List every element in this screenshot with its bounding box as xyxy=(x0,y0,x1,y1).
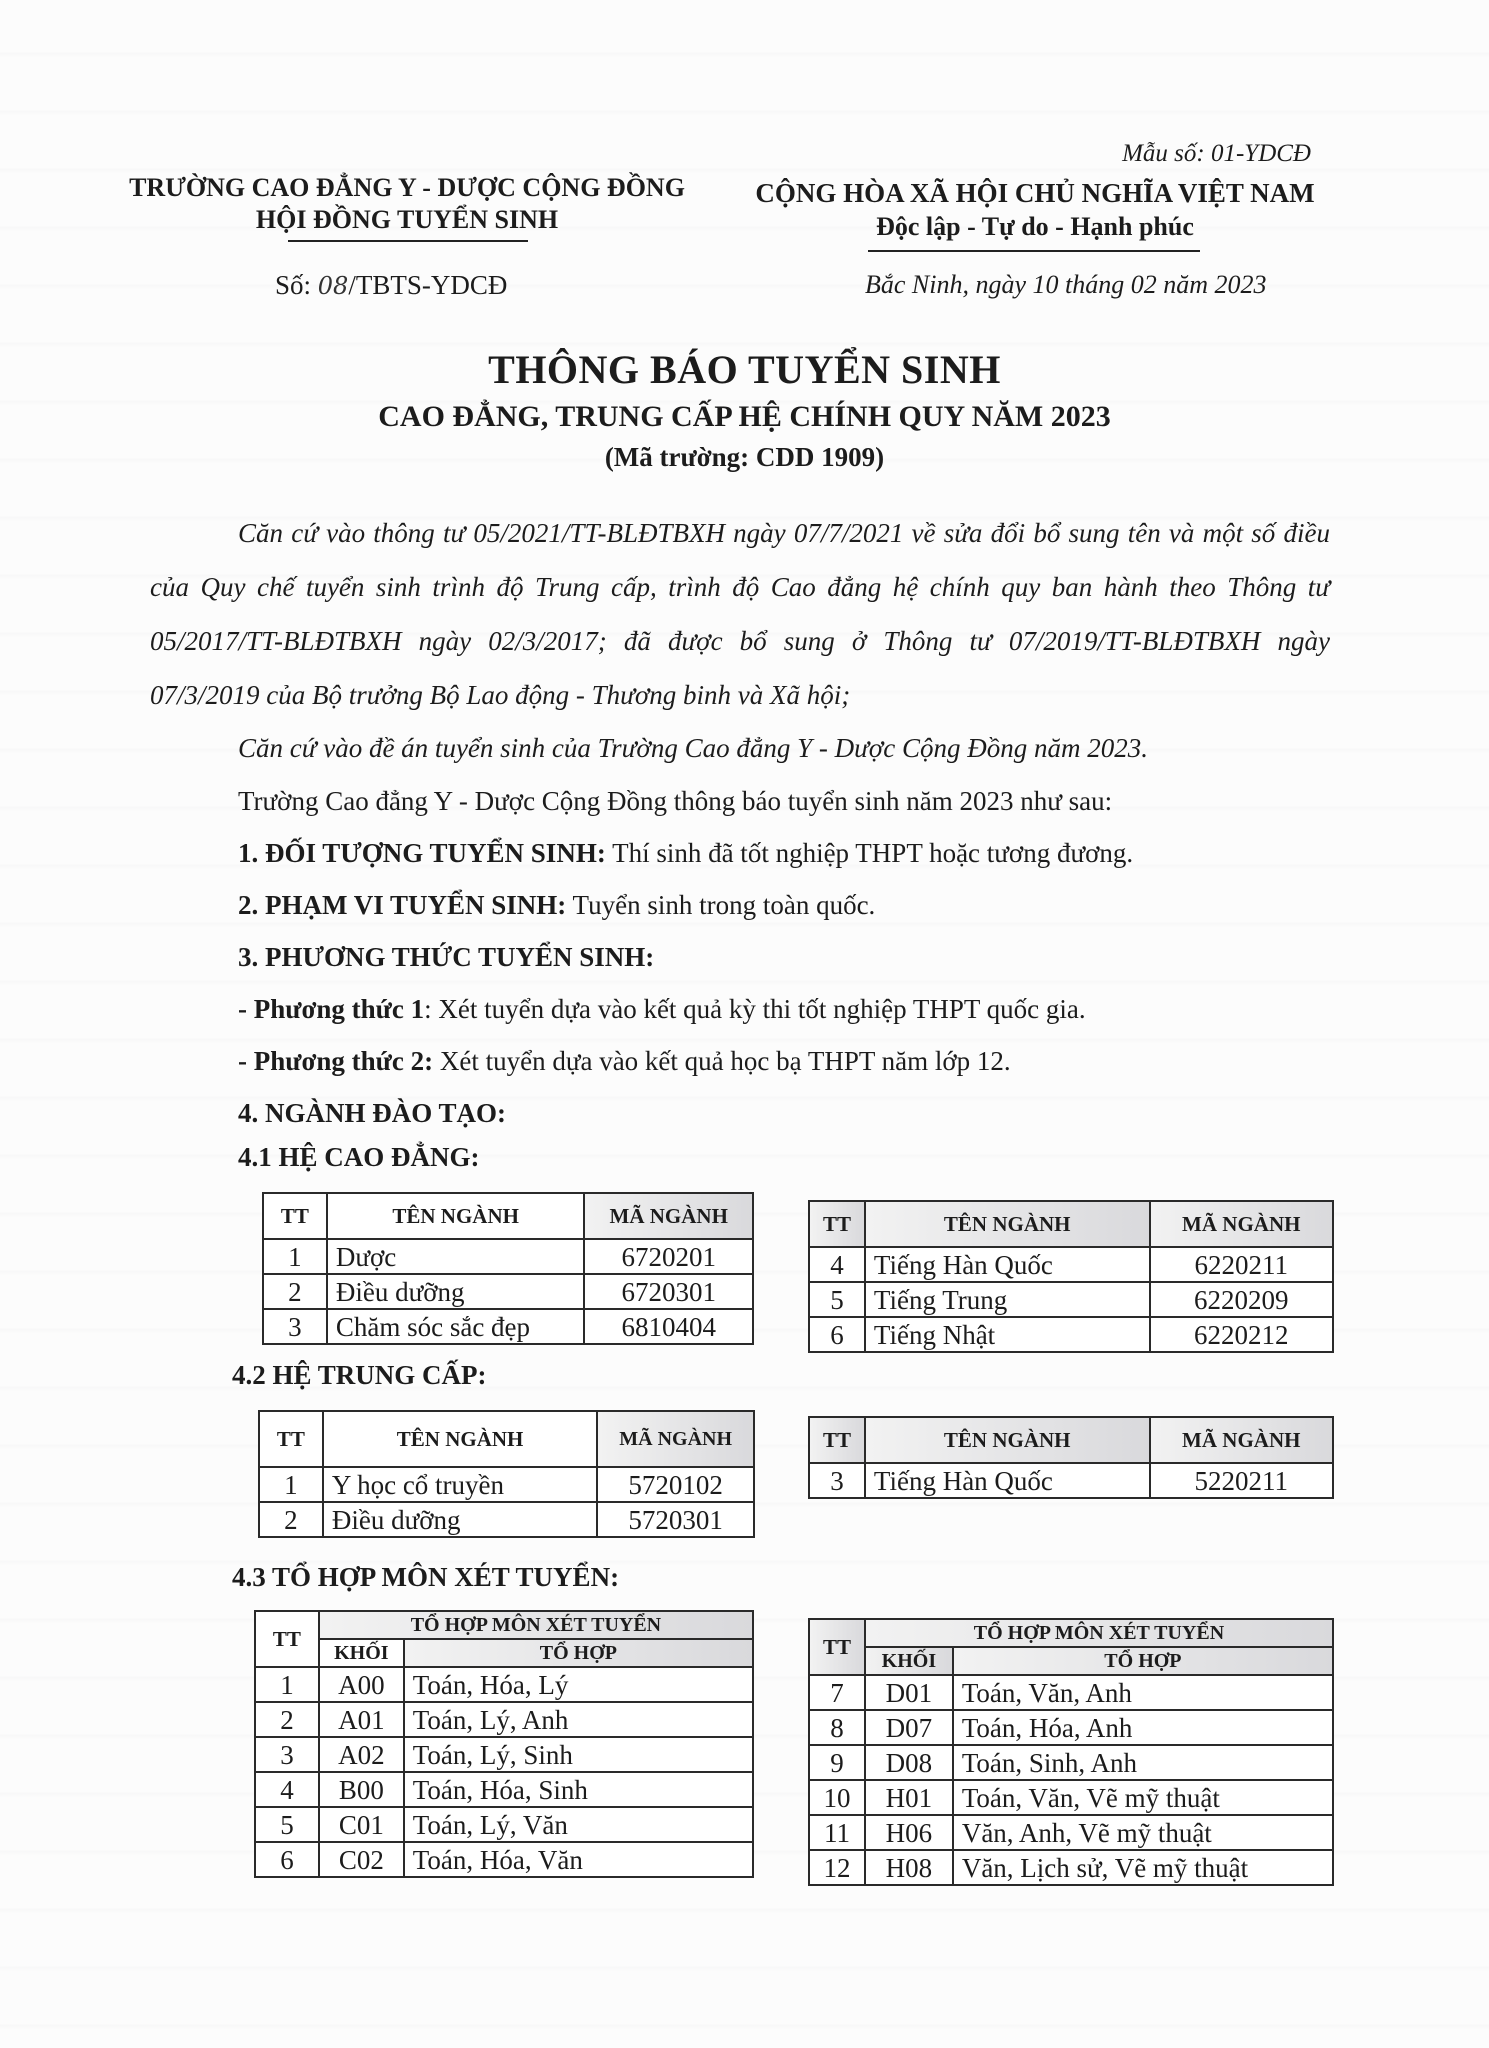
table-row: 2Điều dưỡng6720301 xyxy=(263,1274,753,1309)
table-cell: 6720301 xyxy=(584,1274,753,1309)
table-cell: Tiếng Nhật xyxy=(865,1317,1150,1352)
table-cell: C02 xyxy=(319,1842,404,1877)
table-cell: H08 xyxy=(865,1850,953,1885)
table-cell: Toán, Lý, Anh xyxy=(404,1702,753,1737)
table-cell: H01 xyxy=(865,1780,953,1815)
table-cell: C01 xyxy=(319,1807,404,1842)
table-row: 4B00Toán, Hóa, Sinh xyxy=(255,1772,753,1807)
table-row: 1Dược6720201 xyxy=(263,1239,753,1274)
table-cell: Chăm sóc sắc đẹp xyxy=(327,1309,585,1344)
table-row: 5C01Toán, Lý, Văn xyxy=(255,1807,753,1842)
table-cell: D07 xyxy=(865,1710,953,1745)
table-header-row: TT TÊN NGÀNH MÃ NGÀNH xyxy=(809,1417,1333,1463)
section-1: 1. ĐỐI TƯỢNG TUYỂN SINH: Thí sinh đã tốt… xyxy=(238,838,1133,869)
table-cell: Tiếng Trung xyxy=(865,1282,1150,1317)
handwritten-number: 08 xyxy=(318,272,349,300)
college-majors-table-right: TT TÊN NGÀNH MÃ NGÀNH 4Tiếng Hàn Quốc622… xyxy=(808,1200,1334,1353)
table-row: 6C02Toán, Hóa, Văn xyxy=(255,1842,753,1877)
vocational-majors-table-left: TT TÊN NGÀNH MÃ NGÀNH 1Y học cổ truyền57… xyxy=(258,1410,755,1538)
table-cell: 2 xyxy=(255,1702,319,1737)
section-4-2-heading: 4.2 HỆ TRUNG CẤP: xyxy=(232,1360,487,1391)
table-cell: D08 xyxy=(865,1745,953,1780)
issuing-organization: TRƯỜNG CAO ĐẲNG Y - DƯỢC CỘNG ĐỒNG HỘI Đ… xyxy=(112,172,702,236)
table-cell: Toán, Văn, Vẽ mỹ thuật xyxy=(953,1780,1333,1815)
table-cell: D01 xyxy=(865,1675,953,1710)
table-row: 11H06Văn, Anh, Vẽ mỹ thuật xyxy=(809,1815,1333,1850)
table-row: 12H08Văn, Lịch sử, Vẽ mỹ thuật xyxy=(809,1850,1333,1885)
subject-combinations-table-left: TT TỔ HỢP MÔN XÉT TUYỂN KHỐI TỔ HỢP 1A00… xyxy=(254,1610,754,1878)
table-cell: 6220211 xyxy=(1150,1247,1333,1282)
table-cell: 2 xyxy=(259,1502,323,1537)
table-cell: Y học cổ truyền xyxy=(323,1467,597,1502)
table-cell: 6720201 xyxy=(584,1239,753,1274)
table-cell: Toán, Sinh, Anh xyxy=(953,1745,1333,1780)
table-row: 6Tiếng Nhật6220212 xyxy=(809,1317,1333,1352)
table-cell: A02 xyxy=(319,1737,404,1772)
org-underline xyxy=(288,240,528,242)
table-cell: A00 xyxy=(319,1667,404,1702)
table-cell: Toán, Lý, Sinh xyxy=(404,1737,753,1772)
table-cell: 1 xyxy=(255,1667,319,1702)
document-title: THÔNG BÁO TUYỂN SINH xyxy=(0,346,1489,393)
table-row: 1Y học cổ truyền5720102 xyxy=(259,1467,754,1502)
table-cell: Toán, Hóa, Sinh xyxy=(404,1772,753,1807)
org-council: HỘI ĐỒNG TUYỂN SINH xyxy=(112,204,702,236)
section-3-heading: 3. PHƯƠNG THỨC TUYỂN SINH: xyxy=(238,942,654,973)
table-cell: H06 xyxy=(865,1815,953,1850)
table-cell: 3 xyxy=(809,1463,865,1498)
table-cell: 6 xyxy=(255,1842,319,1877)
admission-method-1: - Phương thức 1: Xét tuyển dựa vào kết q… xyxy=(238,994,1086,1025)
table-row: 10H01Toán, Văn, Vẽ mỹ thuật xyxy=(809,1780,1333,1815)
table-cell: B00 xyxy=(319,1772,404,1807)
document-page: Mẫu số: 01-YDCĐ TRƯỜNG CAO ĐẲNG Y - DƯỢC… xyxy=(0,0,1489,2048)
intro-text: Trường Cao đẳng Y - Dược Cộng Đồng thông… xyxy=(238,786,1112,817)
table-cell: 6 xyxy=(809,1317,865,1352)
table-cell: Toán, Hóa, Lý xyxy=(404,1667,753,1702)
table-cell: Toán, Văn, Anh xyxy=(953,1675,1333,1710)
table-cell: 2 xyxy=(263,1274,327,1309)
table-cell: 12 xyxy=(809,1850,865,1885)
section-4-1-heading: 4.1 HỆ CAO ĐẲNG: xyxy=(238,1142,480,1173)
table-cell: 6220209 xyxy=(1150,1282,1333,1317)
national-motto: Độc lập - Tự do - Hạnh phúc xyxy=(745,210,1325,244)
table-cell: 7 xyxy=(809,1675,865,1710)
document-subtitle: CAO ĐẲNG, TRUNG CẤP HỆ CHÍNH QUY NĂM 202… xyxy=(0,400,1489,434)
table-cell: 4 xyxy=(809,1247,865,1282)
table-row: 2Điều dưỡng5720301 xyxy=(259,1502,754,1537)
table-cell: 1 xyxy=(259,1467,323,1502)
table-cell: 4 xyxy=(255,1772,319,1807)
college-majors-table-left: TT TÊN NGÀNH MÃ NGÀNH 1Dược67202012Điều … xyxy=(262,1192,754,1345)
table-cell: 6810404 xyxy=(584,1309,753,1344)
table-cell: 5220211 xyxy=(1150,1463,1333,1498)
table-cell: Toán, Hóa, Anh xyxy=(953,1710,1333,1745)
table-row: 3A02Toán, Lý, Sinh xyxy=(255,1737,753,1772)
table-cell: 5 xyxy=(255,1807,319,1842)
table-row: 4Tiếng Hàn Quốc6220211 xyxy=(809,1247,1333,1282)
table-cell: Tiếng Hàn Quốc xyxy=(865,1463,1150,1498)
national-header: CỘNG HÒA XÃ HỘI CHỦ NGHĨA VIỆT NAM Độc l… xyxy=(745,176,1325,244)
table-row: 3Tiếng Hàn Quốc5220211 xyxy=(809,1463,1333,1498)
table-cell: 1 xyxy=(263,1239,327,1274)
table-cell: 6220212 xyxy=(1150,1317,1333,1352)
table-row: 5Tiếng Trung6220209 xyxy=(809,1282,1333,1317)
table-cell: Văn, Lịch sử, Vẽ mỹ thuật xyxy=(953,1850,1333,1885)
table-row: 2A01Toán, Lý, Anh xyxy=(255,1702,753,1737)
table-header-row: TT TÊN NGÀNH MÃ NGÀNH xyxy=(809,1201,1333,1247)
school-code: (Mã trường: CDD 1909) xyxy=(0,442,1489,473)
table-cell: 3 xyxy=(263,1309,327,1344)
table-cell: 5720102 xyxy=(597,1467,754,1502)
country-name: CỘNG HÒA XÃ HỘI CHỦ NGHĨA VIỆT NAM xyxy=(745,176,1325,210)
table-cell: Toán, Lý, Văn xyxy=(404,1807,753,1842)
table-header-row: TT TỔ HỢP MÔN XÉT TUYỂN xyxy=(809,1619,1333,1647)
table-cell: 11 xyxy=(809,1815,865,1850)
table-cell: 3 xyxy=(255,1737,319,1772)
table-row: 9D08Toán, Sinh, Anh xyxy=(809,1745,1333,1780)
table-cell: Văn, Anh, Vẽ mỹ thuật xyxy=(953,1815,1333,1850)
table-cell: Dược xyxy=(327,1239,585,1274)
vocational-majors-table-right: TT TÊN NGÀNH MÃ NGÀNH 3Tiếng Hàn Quốc522… xyxy=(808,1416,1334,1499)
table-header-row: TT TỔ HỢP MÔN XÉT TUYỂN xyxy=(255,1611,753,1639)
place-and-date: Bắc Ninh, ngày 10 tháng 02 năm 2023 xyxy=(865,270,1267,300)
table-header-row: TT TÊN NGÀNH MÃ NGÀNH xyxy=(259,1411,754,1467)
table-header-row: TT TÊN NGÀNH MÃ NGÀNH xyxy=(263,1193,753,1239)
table-cell: A01 xyxy=(319,1702,404,1737)
table-cell: Tiếng Hàn Quốc xyxy=(865,1247,1150,1282)
table-cell: Toán, Hóa, Văn xyxy=(404,1842,753,1877)
table-cell: 5 xyxy=(809,1282,865,1317)
admission-method-2: - Phương thức 2: Xét tuyển dựa vào kết q… xyxy=(238,1046,1011,1077)
table-row: 3Chăm sóc sắc đẹp6810404 xyxy=(263,1309,753,1344)
table-subheader-row: KHỐI TỔ HỢP xyxy=(255,1639,753,1667)
table-cell: 5720301 xyxy=(597,1502,754,1537)
table-row: 7D01Toán, Văn, Anh xyxy=(809,1675,1333,1710)
org-name: TRƯỜNG CAO ĐẲNG Y - DƯỢC CỘNG ĐỒNG xyxy=(112,172,702,204)
section-4-3-heading: 4.3 TỔ HỢP MÔN XÉT TUYỂN: xyxy=(232,1562,619,1593)
table-row: 1A00Toán, Hóa, Lý xyxy=(255,1667,753,1702)
legal-basis-2: Căn cứ vào đề án tuyển sinh của Trường C… xyxy=(238,733,1148,764)
legal-basis-paragraph: Căn cứ vào thông tư 05/2021/TT-BLĐTBXH n… xyxy=(150,506,1330,722)
table-subheader-row: KHỐI TỔ HỢP xyxy=(809,1647,1333,1675)
table-cell: 8 xyxy=(809,1710,865,1745)
section-2: 2. PHẠM VI TUYỂN SINH: Tuyển sinh trong … xyxy=(238,890,875,921)
document-number: Số: 08/TBTS-YDCĐ xyxy=(275,270,507,301)
table-cell: Điều dưỡng xyxy=(327,1274,585,1309)
table-cell: 10 xyxy=(809,1780,865,1815)
table-cell: 9 xyxy=(809,1745,865,1780)
section-4-heading: 4. NGÀNH ĐÀO TẠO: xyxy=(238,1098,506,1129)
table-row: 8D07Toán, Hóa, Anh xyxy=(809,1710,1333,1745)
form-number: Mẫu số: 01-YDCĐ xyxy=(1122,140,1311,168)
motto-underline xyxy=(868,250,1200,252)
subject-combinations-table-right: TT TỔ HỢP MÔN XÉT TUYỂN KHỐI TỔ HỢP 7D01… xyxy=(808,1618,1334,1886)
table-cell: Điều dưỡng xyxy=(323,1502,597,1537)
